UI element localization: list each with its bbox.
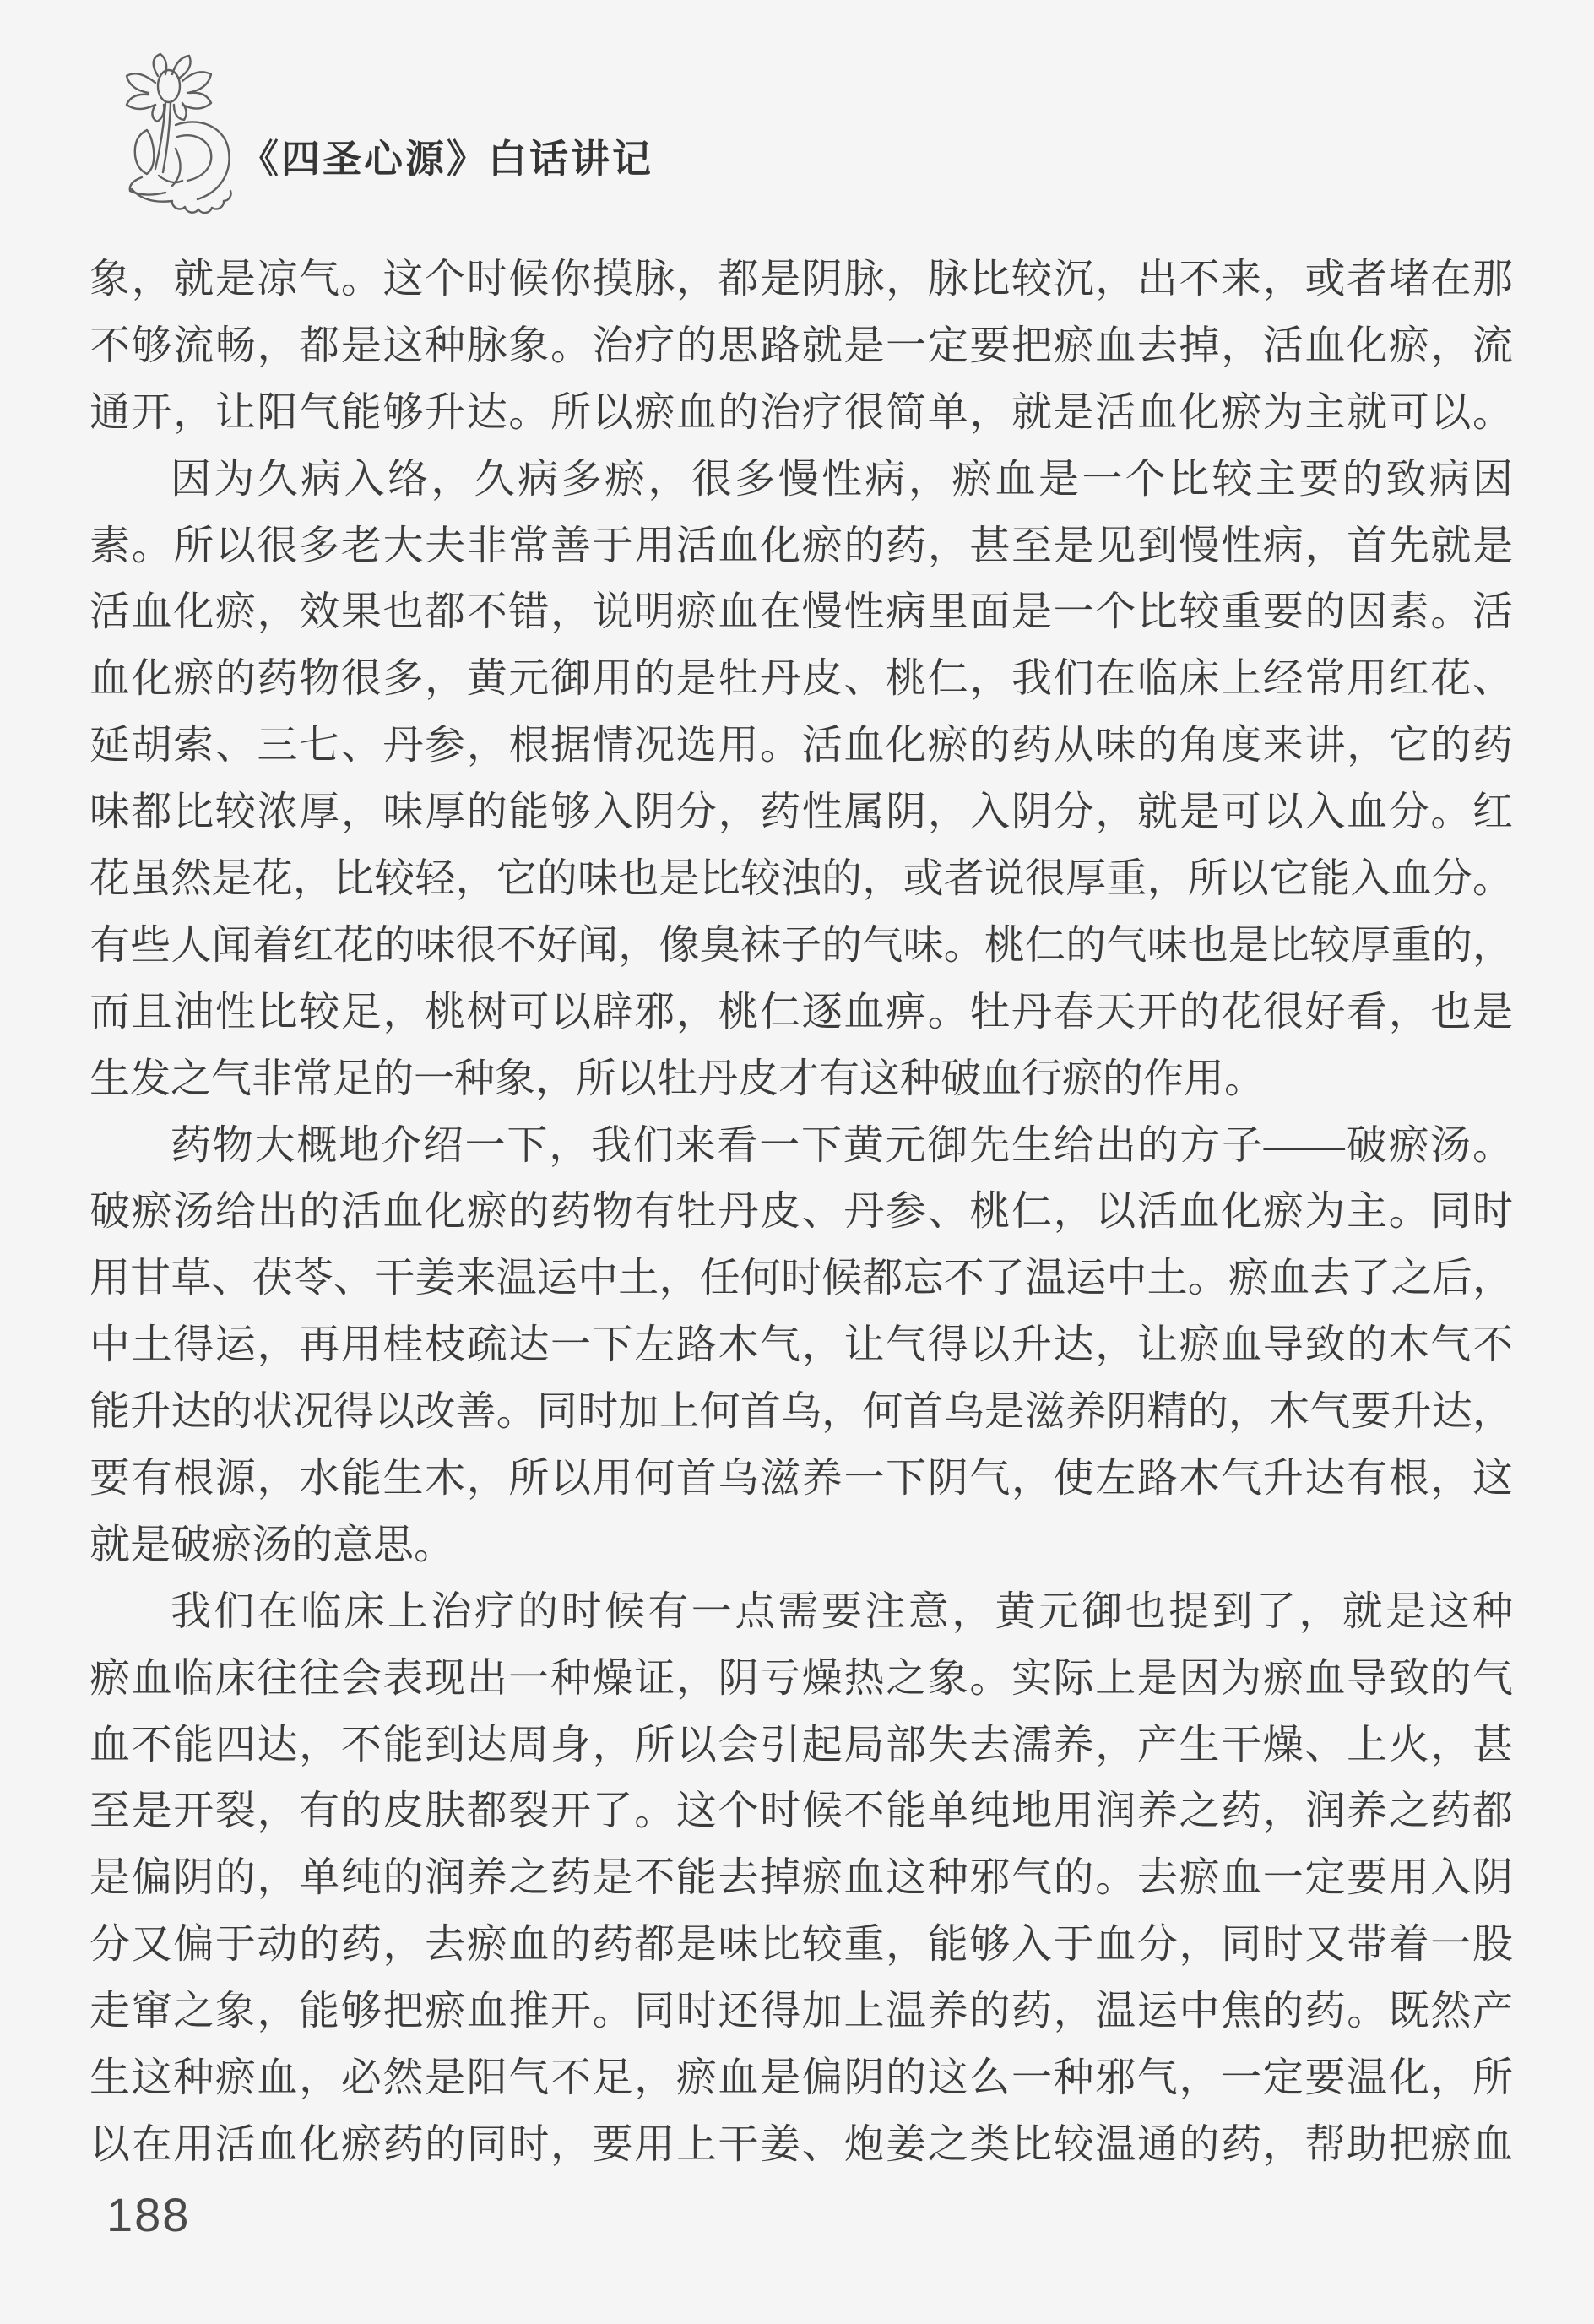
text-line: 就是破瘀汤的意思。: [89, 1512, 1513, 1579]
text-line: 至是开裂，有的皮肤都裂开了。这个时候不能单纯地用润养之药，润养之药都: [89, 1778, 1513, 1845]
text-line: 不够流畅，都是这种脉象。治疗的思路就是一定要把瘀血去掉，活血化瘀，流: [89, 313, 1513, 380]
text-line: 我们在临床上治疗的时候有一点需要注意，黄元御也提到了，就是这种: [89, 1579, 1513, 1646]
text-line: 要有根源，水能生木，所以用何首乌滋养一下阴气，使左路木气升达有根，这: [89, 1446, 1513, 1512]
text-line: 瘀血临床往往会表现出一种燥证，阴亏燥热之象。实际上是因为瘀血导致的气: [89, 1646, 1513, 1713]
text-line: 中土得运，再用桂枝疏达一下左路木气，让气得以升达，让瘀血导致的木气不: [89, 1312, 1513, 1379]
text-line: 味都比较浓厚，味厚的能够入阴分，药性属阴，入阴分，就是可以入血分。红: [89, 779, 1513, 846]
body-text: 象，就是凉气。这个时候你摸脉，都是阴脉，脉比较沉，出不来，或者堵在那不够流畅，都…: [89, 247, 1513, 2179]
page-number: 188: [106, 2186, 190, 2245]
text-line: 药物大概地介绍一下，我们来看一下黄元御先生给出的方子——破瘀汤。: [89, 1113, 1513, 1180]
text-line: 象，就是凉气。这个时候你摸脉，都是阴脉，脉比较沉，出不来，或者堵在那: [89, 247, 1513, 313]
text-line: 用甘草、茯苓、干姜来温运中土，任何时候都忘不了温运中土。瘀血去了之后，: [89, 1246, 1513, 1312]
text-line: 有些人闻着红花的味很不好闻，像臭袜子的气味。桃仁的气味也是比较厚重的，: [89, 913, 1513, 980]
text-line: 血不能四达，不能到达周身，所以会引起局部失去濡养，产生干燥、上火，甚: [89, 1713, 1513, 1779]
text-line: 因为久病入络，久病多瘀，很多慢性病，瘀血是一个比较主要的致病因: [89, 447, 1513, 513]
text-line: 能升达的状况得以改善。同时加上何首乌，何首乌是滋养阴精的，木气要升达，: [89, 1379, 1513, 1446]
text-line: 以在用活血化瘀药的同时，要用上干姜、炮姜之类比较温通的药，帮助把瘀血: [89, 2112, 1513, 2179]
text-line: 而且油性比较足，桃树可以辟邪，桃仁逐血痹。牡丹春天开的花很好看，也是: [89, 980, 1513, 1046]
text-line: 破瘀汤给出的活血化瘀的药物有牡丹皮、丹参、桃仁，以活血化瘀为主。同时: [89, 1179, 1513, 1246]
text-line: 通开，让阳气能够升达。所以瘀血的治疗很简单，就是活血化瘀为主就可以。: [89, 380, 1513, 447]
text-line: 走窜之象，能够把瘀血推开。同时还得加上温养的药，温运中焦的药。既然产: [89, 1979, 1513, 2045]
text-line: 素。所以很多老大夫非常善于用活血化瘀的药，甚至是见到慢性病，首先就是: [89, 513, 1513, 580]
text-line: 是偏阴的，单纯的润养之药是不能去掉瘀血这种邪气的。去瘀血一定要用入阴: [89, 1845, 1513, 1912]
book-page: 《四圣心源》白话讲记 象，就是凉气。这个时候你摸脉，都是阴脉，脉比较沉，出不来，…: [0, 0, 1594, 2324]
text-line: 生这种瘀血，必然是阳气不足，瘀血是偏阴的这么一种邪气，一定要温化，所: [89, 2045, 1513, 2112]
text-line: 花虽然是花，比较轻，它的味也是比较浊的，或者说很厚重，所以它能入血分。: [89, 846, 1513, 913]
book-title: 《四圣心源》白话讲记: [240, 128, 653, 184]
text-line: 分又偏于动的药，去瘀血的药都是味比较重，能够入于血分，同时又带着一股: [89, 1912, 1513, 1979]
text-line: 延胡索、三七、丹参，根据情况选用。活血化瘀的药从味的角度来讲，它的药: [89, 713, 1513, 779]
text-line: 活血化瘀，效果也都不错，说明瘀血在慢性病里面是一个比较重要的因素。活: [89, 579, 1513, 646]
hand-holding-lotus-icon: [95, 49, 242, 222]
text-line: 生发之气非常足的一种象，所以牡丹皮才有这种破血行瘀的作用。: [89, 1046, 1513, 1113]
text-line: 血化瘀的药物很多，黄元御用的是牡丹皮、桃仁，我们在临床上经常用红花、: [89, 646, 1513, 713]
